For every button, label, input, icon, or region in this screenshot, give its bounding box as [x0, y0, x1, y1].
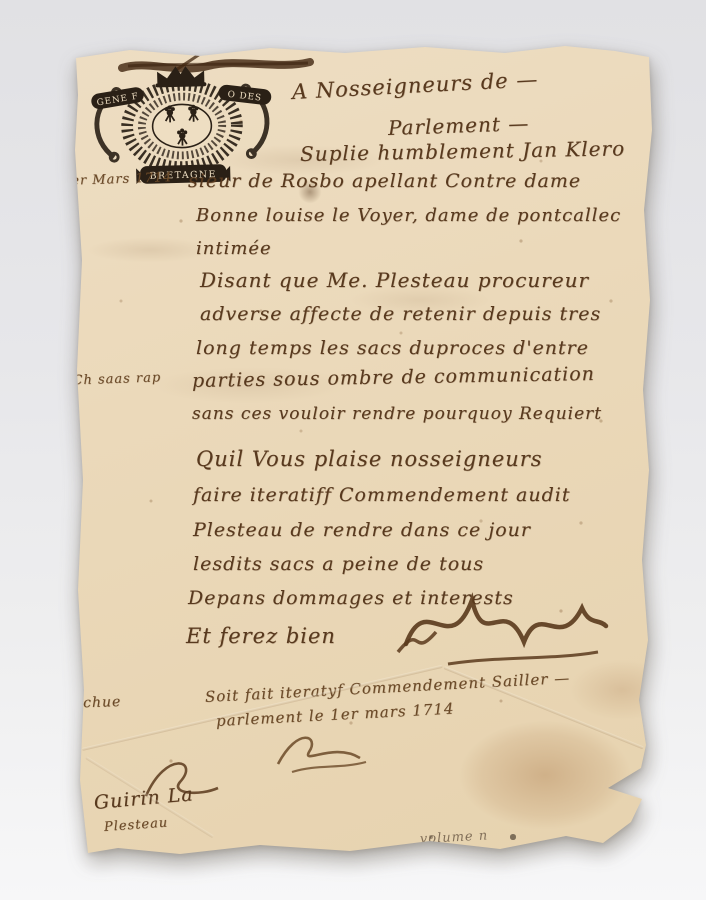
manuscript-line: faire iteratiff Commendement audit — [193, 484, 571, 506]
manuscript-line: Suplie humblement Jan Klero — [300, 136, 626, 166]
manuscript-line: A Nosseigneurs de — — [291, 67, 538, 104]
manuscript-line: Plesteau de rendre dans ce jour — [193, 519, 531, 541]
margin-note: G Ch saas rap — [56, 370, 162, 389]
manuscript-line: adverse affecte de retenir depuis tres — [200, 303, 601, 325]
foxing-speckles — [0, 0, 2, 2]
margin-note-cochue: Cochue — [62, 694, 122, 712]
manuscript-line: lesdits sacs a peine de tous — [193, 553, 484, 575]
signature-guirin: Guirin La — [93, 783, 194, 814]
manuscript-line: Parlement — — [388, 111, 530, 140]
manuscript-line: sieur de Rosbo apellant Contre dame — [188, 170, 581, 192]
order-line: Soit fait iteratyf Commendement Sailler … — [205, 669, 571, 706]
manuscript-line: Bonne louise le Voyer, dame de pontcalle… — [196, 205, 621, 226]
manuscript-line: Disant que Me. Plesteau procureur — [200, 268, 589, 292]
manuscript-paper: GENE F O DES BRETAGNE A Nosseigneurs de … — [0, 0, 706, 900]
paraph-flourish — [262, 722, 382, 777]
manuscript-line: parties sous ombre de communication — [192, 363, 595, 392]
manuscript-line: Et ferez bien — [186, 624, 336, 648]
pencil-note: volume n — [420, 828, 489, 847]
manuscript-line: Quil Vous plaise nosseigneurs — [196, 447, 543, 471]
signature-flourish — [392, 582, 622, 672]
manuscript-line: sans ces vouloir rendre pourquoy Requier… — [192, 404, 602, 424]
paper-shadow-wrap: GENE F O DES BRETAGNE A Nosseigneurs de … — [0, 0, 706, 900]
signature-plesteau: Plesteau — [103, 816, 168, 835]
manuscript-line: intimée — [196, 238, 272, 259]
manuscript-photograph: GENE F O DES BRETAGNE A Nosseigneurs de … — [0, 0, 706, 900]
manuscript-line: long temps les sacs duproces d'entre — [196, 337, 589, 359]
stamp-crown-icon — [155, 66, 206, 88]
